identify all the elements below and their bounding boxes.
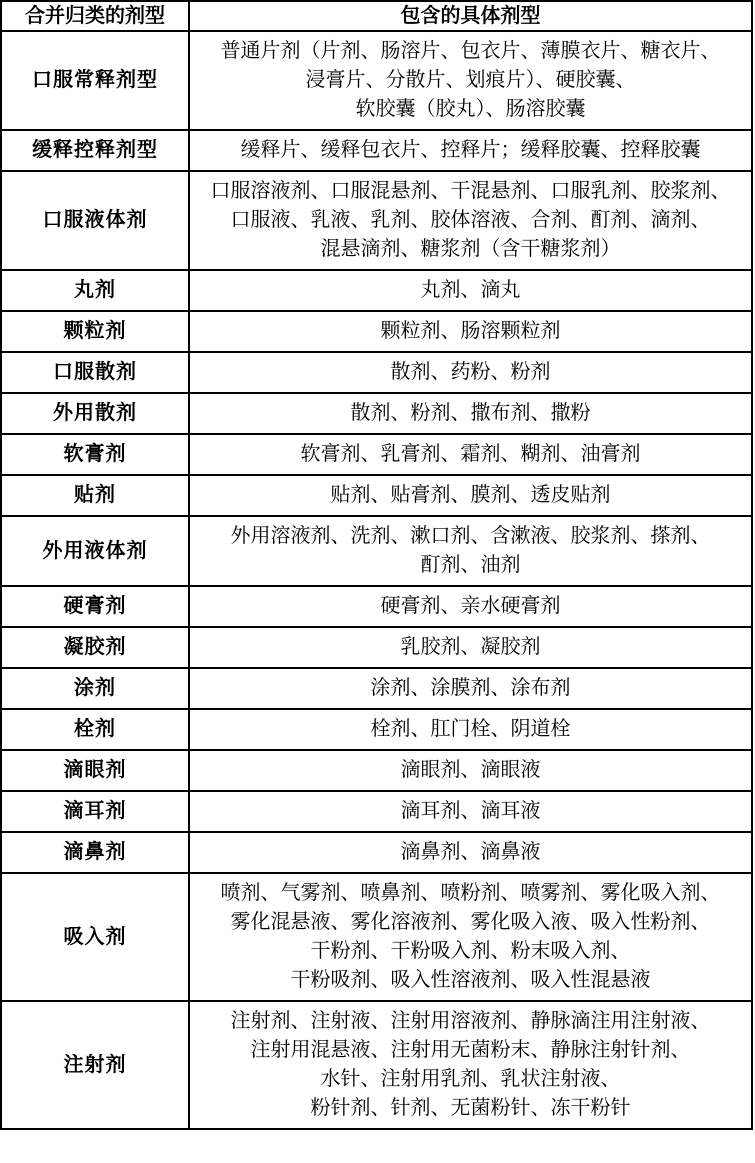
- table-row: 涂剂涂剂、涂膜剂、涂布剂: [1, 668, 752, 709]
- header-specific-forms: 包含的具体剂型: [189, 1, 752, 31]
- category-cell: 滴鼻剂: [1, 832, 189, 873]
- category-cell: 软膏剂: [1, 434, 189, 475]
- forms-cell: 外用溶液剂、洗剂、漱口剂、含漱液、胶浆剂、搽剂、 酊剂、油剂: [189, 516, 752, 586]
- forms-cell: 普通片剂（片剂、肠溶片、包衣片、薄膜衣片、糖衣片、 浸膏片、分散片、划痕片）、硬…: [189, 31, 752, 130]
- forms-cell: 丸剂、滴丸: [189, 270, 752, 311]
- category-cell: 注射剂: [1, 1001, 189, 1129]
- dosage-form-table: 合并归类的剂型 包含的具体剂型 口服常释剂型普通片剂（片剂、肠溶片、包衣片、薄膜…: [0, 0, 753, 1130]
- table-row: 注射剂注射剂、注射液、注射用溶液剂、静脉滴注用注射液、 注射用混悬液、注射用无菌…: [1, 1001, 752, 1129]
- category-cell: 口服液体剂: [1, 171, 189, 270]
- category-cell: 丸剂: [1, 270, 189, 311]
- forms-cell: 口服溶液剂、口服混悬剂、干混悬剂、口服乳剂、胶浆剂、 口服液、乳液、乳剂、胶体溶…: [189, 171, 752, 270]
- category-cell: 贴剂: [1, 475, 189, 516]
- table-row: 口服散剂散剂、药粉、粉剂: [1, 352, 752, 393]
- category-cell: 外用液体剂: [1, 516, 189, 586]
- forms-cell: 滴鼻剂、滴鼻液: [189, 832, 752, 873]
- table-row: 软膏剂软膏剂、乳膏剂、霜剂、糊剂、油膏剂: [1, 434, 752, 475]
- table-row: 丸剂丸剂、滴丸: [1, 270, 752, 311]
- forms-cell: 乳胶剂、凝胶剂: [189, 627, 752, 668]
- table-row: 外用液体剂外用溶液剂、洗剂、漱口剂、含漱液、胶浆剂、搽剂、 酊剂、油剂: [1, 516, 752, 586]
- category-cell: 滴耳剂: [1, 791, 189, 832]
- category-cell: 涂剂: [1, 668, 189, 709]
- table-row: 滴眼剂滴眼剂、滴眼液: [1, 750, 752, 791]
- forms-cell: 涂剂、涂膜剂、涂布剂: [189, 668, 752, 709]
- forms-cell: 滴耳剂、滴耳液: [189, 791, 752, 832]
- category-cell: 缓释控释剂型: [1, 130, 189, 171]
- table-row: 缓释控释剂型缓释片、缓释包衣片、控释片；缓释胶囊、控释胶囊: [1, 130, 752, 171]
- header-merged-category: 合并归类的剂型: [1, 1, 189, 31]
- table-row: 外用散剂散剂、粉剂、撒布剂、撒粉: [1, 393, 752, 434]
- category-cell: 凝胶剂: [1, 627, 189, 668]
- table-body: 口服常释剂型普通片剂（片剂、肠溶片、包衣片、薄膜衣片、糖衣片、 浸膏片、分散片、…: [1, 31, 752, 1129]
- table-row: 滴耳剂滴耳剂、滴耳液: [1, 791, 752, 832]
- table-row: 硬膏剂硬膏剂、亲水硬膏剂: [1, 586, 752, 627]
- forms-cell: 注射剂、注射液、注射用溶液剂、静脉滴注用注射液、 注射用混悬液、注射用无菌粉末、…: [189, 1001, 752, 1129]
- forms-cell: 散剂、药粉、粉剂: [189, 352, 752, 393]
- category-cell: 滴眼剂: [1, 750, 189, 791]
- table-row: 贴剂贴剂、贴膏剂、膜剂、透皮贴剂: [1, 475, 752, 516]
- header-row: 合并归类的剂型 包含的具体剂型: [1, 1, 752, 31]
- category-cell: 外用散剂: [1, 393, 189, 434]
- forms-cell: 滴眼剂、滴眼液: [189, 750, 752, 791]
- table-row: 口服常释剂型普通片剂（片剂、肠溶片、包衣片、薄膜衣片、糖衣片、 浸膏片、分散片、…: [1, 31, 752, 130]
- table-row: 凝胶剂乳胶剂、凝胶剂: [1, 627, 752, 668]
- document-page: 合并归类的剂型 包含的具体剂型 口服常释剂型普通片剂（片剂、肠溶片、包衣片、薄膜…: [0, 0, 755, 1130]
- forms-cell: 栓剂、肛门栓、阴道栓: [189, 709, 752, 750]
- category-cell: 硬膏剂: [1, 586, 189, 627]
- category-cell: 口服散剂: [1, 352, 189, 393]
- forms-cell: 喷剂、气雾剂、喷鼻剂、喷粉剂、喷雾剂、雾化吸入剂、 雾化混悬液、雾化溶液剂、雾化…: [189, 873, 752, 1001]
- table-row: 栓剂栓剂、肛门栓、阴道栓: [1, 709, 752, 750]
- forms-cell: 颗粒剂、肠溶颗粒剂: [189, 311, 752, 352]
- table-row: 滴鼻剂滴鼻剂、滴鼻液: [1, 832, 752, 873]
- forms-cell: 硬膏剂、亲水硬膏剂: [189, 586, 752, 627]
- forms-cell: 散剂、粉剂、撒布剂、撒粉: [189, 393, 752, 434]
- table-row: 颗粒剂颗粒剂、肠溶颗粒剂: [1, 311, 752, 352]
- forms-cell: 贴剂、贴膏剂、膜剂、透皮贴剂: [189, 475, 752, 516]
- category-cell: 口服常释剂型: [1, 31, 189, 130]
- table-row: 吸入剂喷剂、气雾剂、喷鼻剂、喷粉剂、喷雾剂、雾化吸入剂、 雾化混悬液、雾化溶液剂…: [1, 873, 752, 1001]
- category-cell: 吸入剂: [1, 873, 189, 1001]
- category-cell: 颗粒剂: [1, 311, 189, 352]
- table-row: 口服液体剂口服溶液剂、口服混悬剂、干混悬剂、口服乳剂、胶浆剂、 口服液、乳液、乳…: [1, 171, 752, 270]
- forms-cell: 软膏剂、乳膏剂、霜剂、糊剂、油膏剂: [189, 434, 752, 475]
- forms-cell: 缓释片、缓释包衣片、控释片；缓释胶囊、控释胶囊: [189, 130, 752, 171]
- category-cell: 栓剂: [1, 709, 189, 750]
